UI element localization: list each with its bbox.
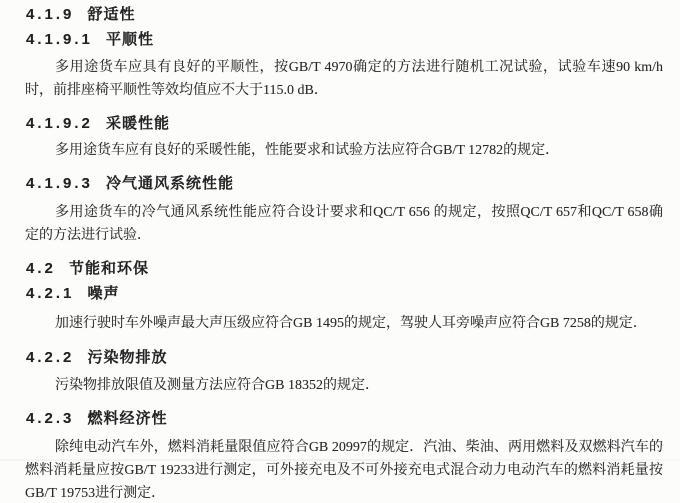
paragraph: 污染物排放限值及测量方法应符合GB 18352的规定． [25, 374, 663, 397]
section-number: 4.1.9.3 [26, 175, 93, 192]
section-title: 污染物排放 [88, 349, 168, 366]
section-title: 舒适性 [88, 6, 136, 23]
paragraph: 多用途货车应具有良好的平顺性，按GB/T 4970确定的方法进行随机工况试验，试… [25, 56, 663, 102]
section-title: 燃料经济性 [88, 410, 168, 427]
section-number: 4.1.9.1 [26, 31, 93, 48]
section-number: 4.2.1 [26, 285, 74, 302]
section-heading-4-1-9-2: 4.1.9.2 采暖性能 [26, 115, 170, 132]
paragraph-line: 加速行驶时车外噪声最大声压级应符合GB 1495的规定，驾驶人耳旁噪声应符合GB… [25, 312, 663, 335]
section-heading-4-2: 4.2 节能和环保 [26, 260, 149, 277]
paragraph-line: 多用途货车的冷气通风系统性能应符合设计要求和QC/T 656 的规定，按照QC/… [25, 201, 663, 224]
paragraph: 除纯电动汽车外，燃料消耗量限值应符合GB 20997的规定．汽油、柴油、两用燃料… [25, 436, 663, 503]
section-number: 4.1.9 [26, 6, 74, 23]
paragraph-line: 污染物排放限值及测量方法应符合GB 18352的规定． [25, 374, 663, 397]
paragraph: 多用途货车的冷气通风系统性能应符合设计要求和QC/T 656 的规定，按照QC/… [25, 201, 663, 247]
paragraph-line: 定的方法进行试验． [25, 224, 663, 247]
section-heading-4-2-2: 4.2.2 污染物排放 [26, 349, 168, 366]
paragraph: 加速行驶时车外噪声最大声压级应符合GB 1495的规定，驾驶人耳旁噪声应符合GB… [25, 312, 663, 335]
section-number: 4.1.9.2 [26, 115, 93, 132]
paragraph-line: 多用途货车应具有良好的平顺性，按GB/T 4970确定的方法进行随机工况试验，试… [25, 56, 663, 79]
section-number: 4.2.2 [26, 349, 74, 366]
section-title: 噪声 [88, 285, 120, 302]
section-title: 采暖性能 [106, 115, 170, 132]
section-heading-4-1-9: 4.1.9 舒适性 [26, 6, 136, 23]
section-heading-4-1-9-3: 4.1.9.3 冷气通风系统性能 [26, 175, 234, 192]
paragraph-line: 除纯电动汽车外，燃料消耗量限值应符合GB 20997的规定．汽油、柴油、两用燃料… [25, 436, 663, 459]
section-number: 4.2.3 [26, 410, 74, 427]
document-page: 4.1.9 舒适性 4.1.9.1 平顺性 多用途货车应具有良好的平顺性，按GB… [0, 0, 680, 503]
paragraph-line: 多用途货车应有良好的采暖性能，性能要求和试验方法应符合GB/T 12782的规定… [25, 139, 663, 162]
section-title: 平顺性 [106, 31, 154, 48]
paragraph-line: 燃料消耗量应按GB/T 19233进行测定，可外接充电及不可外接充电式混合动力电… [25, 459, 663, 482]
section-title: 冷气通风系统性能 [106, 175, 234, 192]
paragraph-line: GB/T 19753进行测定． [25, 482, 663, 503]
paragraph: 多用途货车应有良好的采暖性能，性能要求和试验方法应符合GB/T 12782的规定… [25, 139, 663, 162]
section-number: 4.2 [26, 260, 56, 277]
section-heading-4-2-3: 4.2.3 燃料经济性 [26, 410, 168, 427]
paragraph-line: 时，前排座椅平顺性等效均值应不大于115.0 dB． [25, 79, 663, 102]
section-heading-4-1-9-1: 4.1.9.1 平顺性 [26, 31, 154, 48]
section-heading-4-2-1: 4.2.1 噪声 [26, 285, 120, 302]
section-title: 节能和环保 [69, 260, 149, 277]
